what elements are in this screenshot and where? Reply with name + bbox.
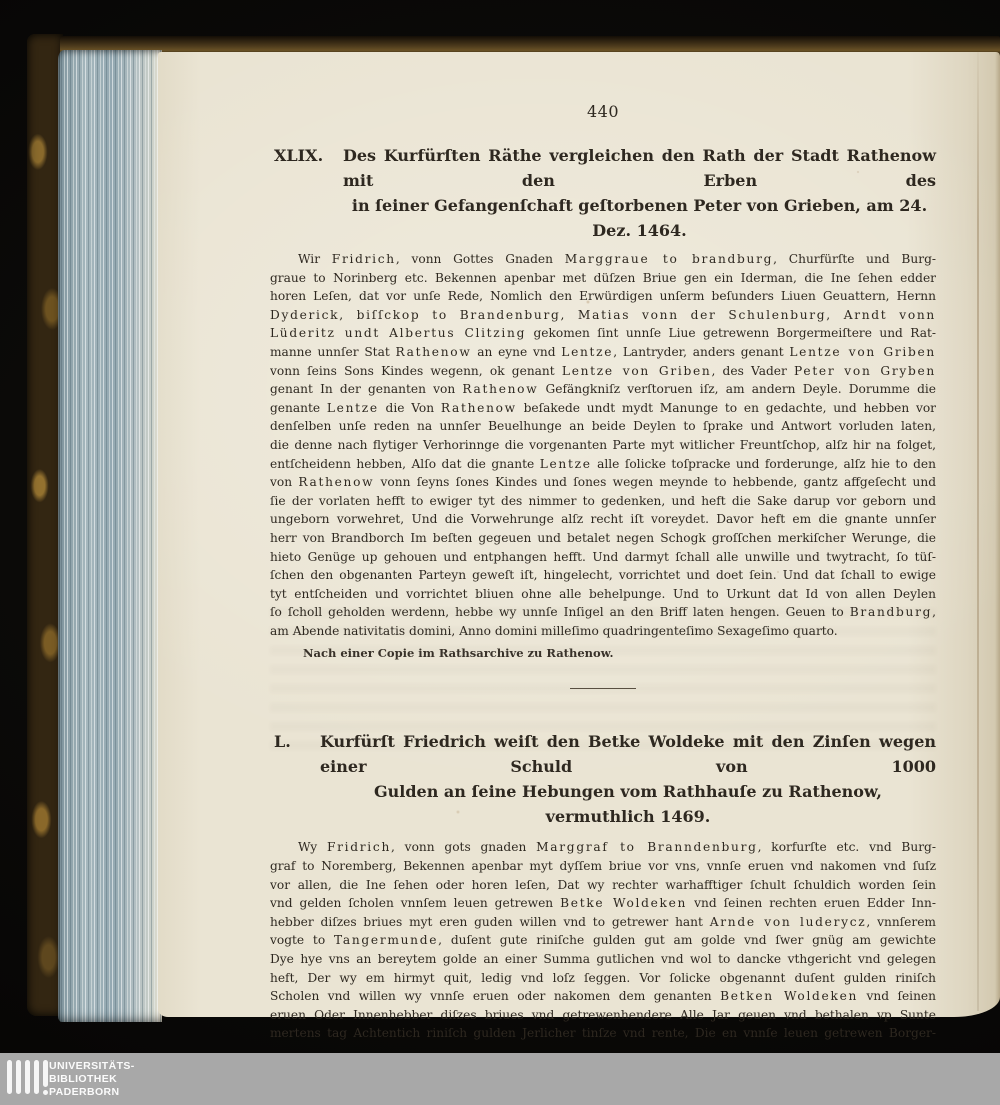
body-line: genante Lentze die Von Rathenow beſakede… [270, 399, 936, 418]
document-heading: L.Kurfürſt Friedrich weiſt den Betke Wol… [270, 729, 936, 829]
body-line: am Abende nativitatis domini, Anno domin… [270, 622, 936, 641]
document-title-line: Kurfürſt Friedrich weiſt den Betke Wolde… [320, 729, 936, 779]
library-name: UNIVERSITÄTS- BIBLIOTHEK PADERBORN [49, 1060, 135, 1100]
document-title-line: Des Kurfürſten Räthe vergleichen den Rat… [343, 143, 936, 193]
book-page: 440 XLIX.Des Kurfürſten Räthe vergleiche… [158, 52, 1000, 1017]
body-line: eruen Oder Innenhebber diſzes briues vnd… [270, 1006, 936, 1025]
body-line: vnd gelden ſcholen vnnſem leuen getrewen… [270, 894, 936, 913]
body-line: Wir Fridrich, vonn Gottes Gnaden Marggra… [270, 250, 936, 269]
document-section: XLIX.Des Kurfürſten Räthe vergleichen de… [270, 143, 936, 689]
body-line: manne unnſer Stat Rathenow an eyne vnd L… [270, 343, 936, 362]
document-section: L.Kurfürſt Friedrich weiſt den Betke Wol… [270, 729, 936, 1043]
body-line: vogte to Tangermunde, duſent gute riniſc… [270, 931, 936, 950]
body-line: mertens tag Achtentich riniſch gulden Je… [270, 1024, 936, 1043]
separator-rule [570, 688, 636, 689]
body-line: tyt entſcheiden und vorrichtet bliuen oh… [270, 585, 936, 604]
documents: XLIX.Des Kurfürſten Räthe vergleichen de… [270, 143, 936, 1043]
body-line: herr von Brandborch Im beſten gegeuen un… [270, 529, 936, 548]
body-line: ſie der vorlaten hefft to ewiger tyt des… [270, 492, 936, 511]
body-line: die denne nach flytiger Verhorinnge die … [270, 436, 936, 455]
body-line: Lüderitz undt Albertus Clitzing gekomen … [270, 324, 936, 343]
scanned-book-photo: 440 XLIX.Des Kurfürſten Räthe vergleiche… [0, 0, 1000, 1105]
body-line: Dyderick, biſſckop to Brandenburg, Matia… [270, 306, 936, 325]
body-line: ſchen den obgenanten Parteyn geweſt iſt,… [270, 566, 936, 585]
body-line: ſo ſcholl geholden werdenn, hebbe wy unn… [270, 603, 936, 622]
document-body: Wir Fridrich, vonn Gottes Gnaden Marggra… [270, 250, 936, 640]
body-line: hieto Genüge up gehouen und entphangen h… [270, 548, 936, 567]
body-line: vor allen, die Ine ſehen oder horen leſe… [270, 876, 936, 895]
body-line: Dye hye vns an bereytem golde an einer S… [270, 950, 936, 969]
body-line: graf to Noremberg, Bekennen apenbar myt … [270, 857, 936, 876]
body-line: vonn ſeins Sons Kindes wegenn, ok genant… [270, 362, 936, 381]
document-title-line: Gulden an ſeine Hebungen vom Rathhauſe z… [320, 779, 936, 829]
library-watermark-banner: UNIVERSITÄTS- BIBLIOTHEK PADERBORN [0, 1053, 1000, 1105]
watermark-line: PADERBORN [49, 1086, 135, 1099]
body-line: graue to Norinberg etc. Bekennen apenbar… [270, 269, 936, 288]
book-page-fore-edge [58, 50, 162, 1022]
page-text-column: 440 XLIX.Des Kurfürſten Räthe vergleiche… [270, 102, 936, 1043]
body-line: genant In der genanten von Rathenow Gefä… [270, 380, 936, 399]
body-line: hebber diſzes briues myt eren guden will… [270, 913, 936, 932]
body-line: ungeborn vorwehret, Und die Vorwehrunge … [270, 510, 936, 529]
body-line: von Rathenow vonn ſeyns ſones Kindes und… [270, 473, 936, 492]
watermark-line: BIBLIOTHEK [49, 1073, 135, 1086]
document-body: Wy Fridrich, vonn gots gnaden Marggraf t… [270, 838, 936, 1043]
document-numeral-label: L. [274, 729, 291, 754]
ub-paderborn-logo-icon [7, 1060, 48, 1095]
body-line: horen Leſen, dat vor unſe Rede, Nomlich … [270, 287, 936, 306]
body-line: entſcheidenn hebben, Alſo dat die gnante… [270, 455, 936, 474]
body-line: Scholen vnd willen wy vnnſe eruen oder n… [270, 987, 936, 1006]
watermark-line: UNIVERSITÄTS- [49, 1060, 135, 1073]
document-heading: XLIX.Des Kurfürſten Räthe vergleichen de… [270, 143, 936, 243]
body-line: denſelben unſe reden na unnſer Beuelhung… [270, 417, 936, 436]
body-line: Wy Fridrich, vonn gots gnaden Marggraf t… [270, 838, 936, 857]
source-note: Nach einer Copie im Rathsarchive zu Rath… [303, 646, 936, 660]
body-line: heft, Der wy em hirmyt quit, ledig vnd l… [270, 969, 936, 988]
page-number: 440 [270, 102, 936, 122]
document-numeral-label: XLIX. [274, 143, 323, 168]
document-title-line: in ſeiner Gefangenſchaft geſtorbenen Pet… [343, 193, 936, 243]
